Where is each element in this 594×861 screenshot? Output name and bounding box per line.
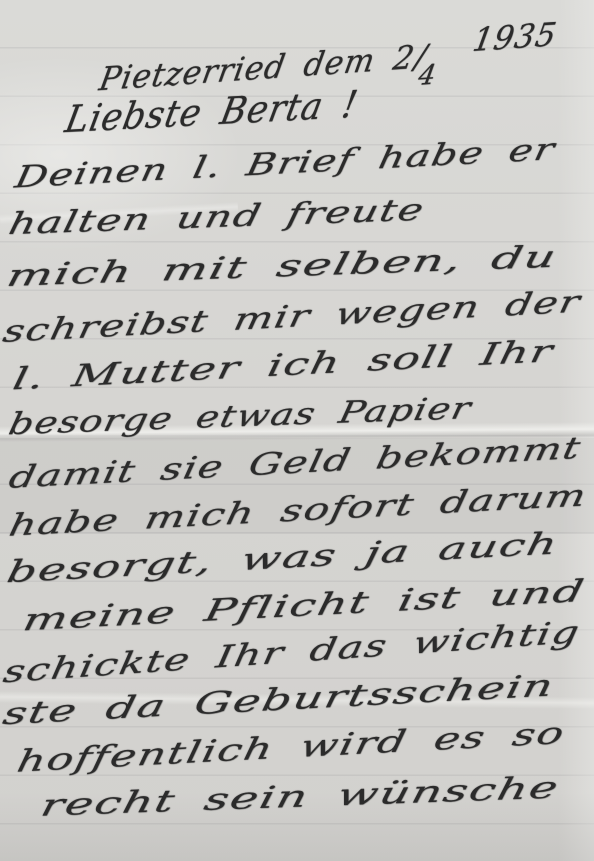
handwritten-line-8: habe mich sofort darum xyxy=(5,487,417,543)
handwritten-line-6: besorge etwas Papier xyxy=(5,395,369,443)
handwritten-line-7: damit sie Geld bekommt xyxy=(5,439,423,496)
handwritten-line-10: meine Pflicht ist und xyxy=(19,585,380,639)
handwritten-line-14: recht sein wünsche xyxy=(37,777,367,823)
handwritten-line-13: hoffentlich wird es so xyxy=(13,725,388,780)
handwritten-line-4: schreibst mir wegen der xyxy=(0,293,420,350)
handwritten-line-9: besorgt, was ja auch xyxy=(3,537,362,591)
handwritten-line-3: mich mit selben, du xyxy=(3,247,347,294)
letter-page: Pietzerried dem 2/41935 Liebste Berta ! … xyxy=(0,0,594,861)
handwritten-line-1: Deinen l. Brief habe er xyxy=(11,140,413,196)
handwritten-line-5: l. Mutter ich soll Ihr xyxy=(9,344,372,398)
date-year: 1935 xyxy=(470,15,560,59)
handwritten-line-2: halten und freute xyxy=(5,197,304,242)
